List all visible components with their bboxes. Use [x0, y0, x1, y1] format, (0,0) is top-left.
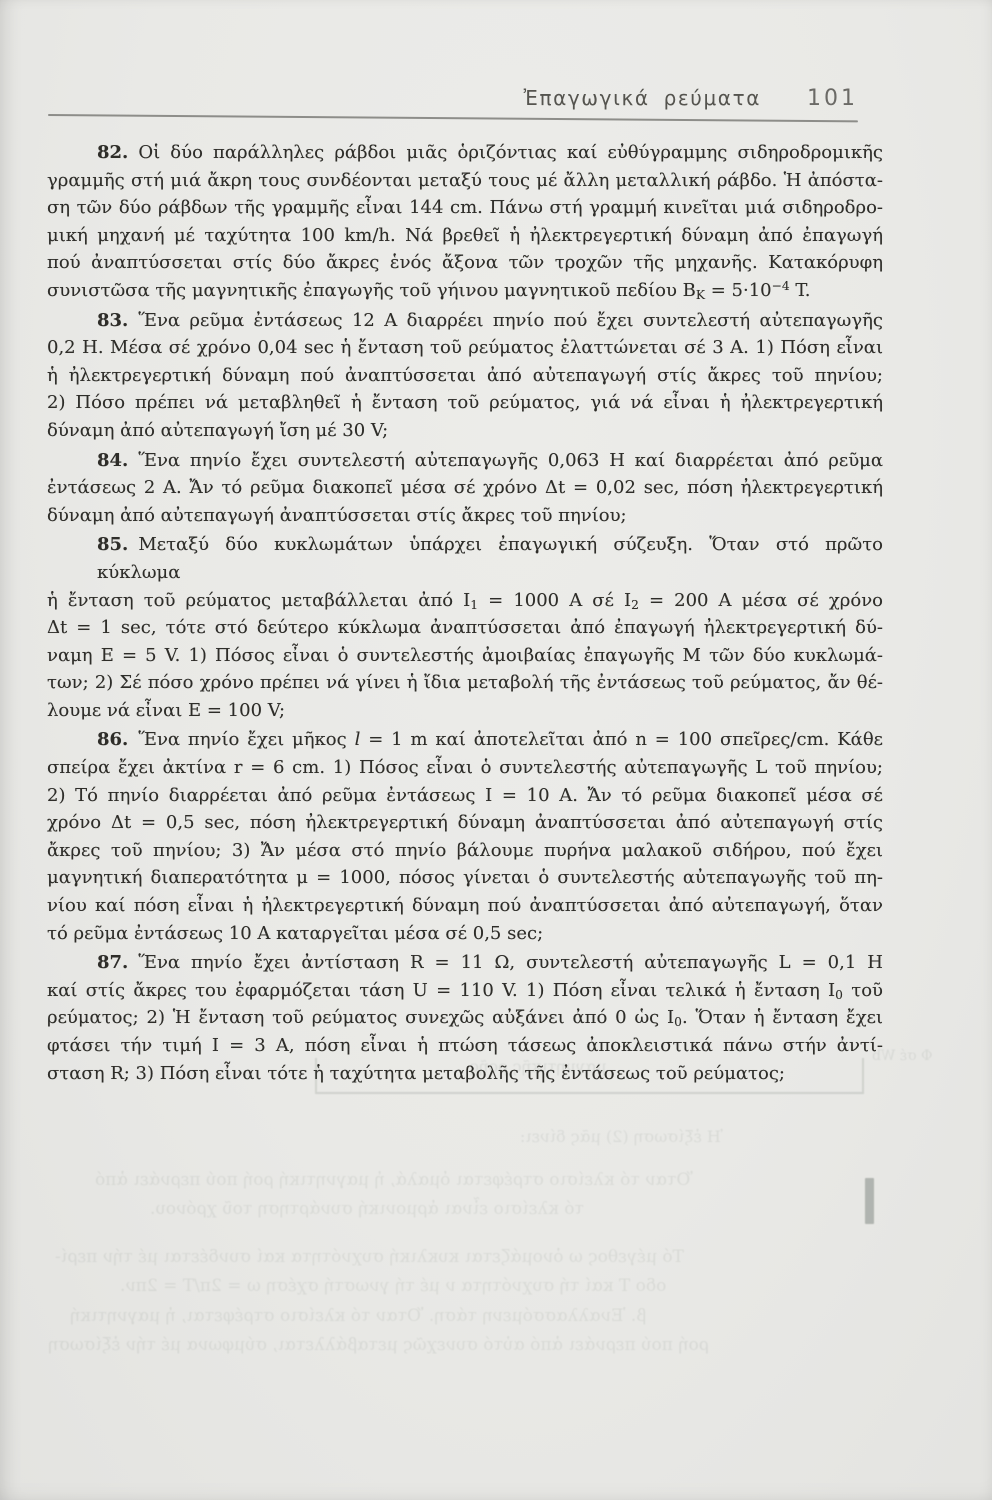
text-line: φτάσει τήν τιμή I = 3 A, πόση εἶναι ἡ πτ… — [47, 1032, 883, 1060]
text-line: ση τῶν δύο ράβδων τῆς γραμμῆς εἶναι 144 … — [47, 194, 883, 222]
text-line: συνιστῶσα τῆς μαγνητικῆς ἐπαγωγῆς τοῦ γή… — [47, 277, 883, 305]
text-line: ἐντάσεως 2 A. Ἄν τό ρεῦμα διακοπεῖ μέσα … — [47, 474, 883, 502]
text-line: μαγνητική διαπερατότητα μ = 1000, πόσος … — [47, 864, 883, 892]
bleedthrough-text: Τό μέγεθος ω ὀνομάζεται κυκλική συχνότητ… — [55, 1247, 684, 1267]
text-line: σπείρα ἔχει ἀκτίνα r = 6 cm. 1) Πόσος εἶ… — [47, 754, 883, 782]
bleedthrough-text: Ἡ ἐξίσωση (2) μᾶς δίνει: — [520, 1127, 723, 1146]
text-line: 85.Μεταξύ δύο κυκλωμάτων ὑπάρχει ἐπαγωγι… — [47, 531, 883, 586]
problem-number: 82. — [97, 142, 128, 163]
text-line: 82.Οἱ δύο παράλληλες ράβδοι μιᾶς ὁριζόντ… — [47, 139, 883, 167]
bleedthrough-text: ροή πού περνάει ἀπό αὐτό συνεχῶς μεταβάλ… — [48, 1335, 709, 1355]
page-header: Ἐπαγωγικά ρεύματα 101 — [47, 86, 858, 111]
problem-paragraph: 85.Μεταξύ δύο κυκλωμάτων ὑπάρχει ἐπαγωγι… — [47, 531, 883, 724]
text-line: νίου καί πόση εἶναι ἡ ἠλεκτρεγερτική δύν… — [47, 892, 883, 920]
book-page: Ἐπαγωγικά ρεύματα 101 82.Οἱ δύο παράλληλ… — [0, 0, 992, 1500]
text-line: γραμμῆς στή μιά ἄκρη τους συνδέονται μετ… — [47, 167, 883, 195]
text-line: 87.Ἕνα πηνίο ἔχει ἀντίσταση R = 11 Ω, συ… — [47, 949, 883, 977]
text-line: καί στίς ἄκρες του ἐφαρμόζεται τάση U = … — [47, 977, 883, 1005]
text-line: ἄκρες τοῦ πηνίου; 3) Ἄν μέσα στό πηνίο β… — [47, 837, 883, 865]
text-line: 0,2 H. Μέσα σέ χρόνο 0,04 sec ἡ ἔνταση τ… — [47, 334, 883, 362]
page-number: 101 — [807, 86, 858, 111]
problem-number: 83. — [97, 310, 128, 331]
text-line: 2) Τό πηνίο διαρρέεται ἀπό ρεῦμα ἐντάσεω… — [47, 782, 883, 810]
problem-paragraph: 83.Ἕνα ρεῦμα ἐντάσεως 12 A διαρρέει πηνί… — [47, 307, 883, 445]
text-line: ἡ ἔνταση τοῦ ρεύματος μεταβάλλεται ἀπό I… — [47, 587, 883, 615]
text-line: 86.Ἕνα πηνίο ἔχει μῆκος l = 1 m καί ἀποτ… — [47, 726, 883, 754]
running-title: Ἐπαγωγικά ρεύματα — [524, 86, 761, 110]
problem-number: 86. — [97, 729, 128, 750]
bleedthrough-mark — [865, 1178, 874, 1224]
problem-paragraph: 84.Ἕνα πηνίο ἔχει συντελεστή αὐτεπαγωγῆς… — [47, 447, 883, 530]
text-line: 2) Πόσο πρέπει νά μεταβληθεῖ ἡ ἔνταση το… — [47, 389, 883, 417]
text-line: πού ἀναπτύσσεται στίς δύο ἄκρες ἑνός ἄξο… — [47, 249, 883, 277]
text-line: σταση R; 3) Πόση εἶναι τότε ἡ ταχύτητα μ… — [47, 1060, 883, 1088]
text-line: μική μηχανή μέ ταχύτητα 100 km/h. Νά βρε… — [47, 222, 883, 250]
bleedthrough-text: οδο T καί τή συχνότητα ν μέ τή γνωστή σχ… — [120, 1276, 666, 1296]
text-line: τό ρεῦμα ἐντάσεως 10 A καταργεῖται μέσα … — [47, 920, 883, 948]
problem-number: 85. — [97, 534, 128, 555]
header-rule — [48, 114, 858, 122]
text-line: 83.Ἕνα ρεῦμα ἐντάσεως 12 A διαρρέει πηνί… — [47, 307, 883, 335]
text-line: 84.Ἕνα πηνίο ἔχει συντελεστή αὐτεπαγωγῆς… — [47, 447, 883, 475]
problem-paragraph: 87.Ἕνα πηνίο ἔχει ἀντίσταση R = 11 Ω, συ… — [47, 949, 883, 1087]
problem-paragraph: 82.Οἱ δύο παράλληλες ράβδοι μιᾶς ὁριζόντ… — [47, 139, 883, 305]
text-line: ρεύματος; 2) Ἡ ἔνταση τοῦ ρεύματος συνεχ… — [47, 1004, 883, 1032]
problems-section: 82.Οἱ δύο παράλληλες ράβδοι μιᾶς ὁριζόντ… — [47, 139, 883, 1089]
bleedthrough-text: β. Ἐναλλασσόμενη τάση. Ὅταν τό κλείσιο σ… — [70, 1306, 646, 1326]
text-line: λουμε νά εἶναι E = 100 V; — [47, 697, 883, 725]
text-line: Δt = 1 sec, τότε στό δεύτερο κύκλωμα ἀνα… — [47, 614, 883, 642]
text-line: ναμη E = 5 V. 1) Πόσος εἶναι ὁ συντελεστ… — [47, 642, 883, 670]
text-line: δύναμη ἀπό αὐτεπαγωγή ἴση μέ 30 V; — [47, 417, 883, 445]
problem-number: 84. — [97, 450, 128, 471]
problem-paragraph: 86.Ἕνα πηνίο ἔχει μῆκος l = 1 m καί ἀποτ… — [47, 726, 883, 947]
text-line: χρόνο Δt = 0,5 sec, πόση ἠλεκτρεγερτική … — [47, 809, 883, 837]
text-line: ἡ ἠλεκτρεγερτική δύναμη πού ἀναπτύσσεται… — [47, 362, 883, 390]
bleedthrough-text: τό κλείσιο εἶναι ἁρμονική συνάρτηση τοῦ … — [150, 1199, 584, 1219]
bleedthrough-text: Ὅταν τό κλείσιο στρέφεται ὁμαλά, ἡ μαγνη… — [95, 1170, 693, 1190]
text-line: των; 2) Σέ πόσο χρόνο πρέπει νά γίνει ἡ … — [47, 669, 883, 697]
text-line: δύναμη ἀπό αὐτεπαγωγή ἀναπτύσσεται στίς … — [47, 502, 883, 530]
problem-number: 87. — [97, 952, 128, 973]
